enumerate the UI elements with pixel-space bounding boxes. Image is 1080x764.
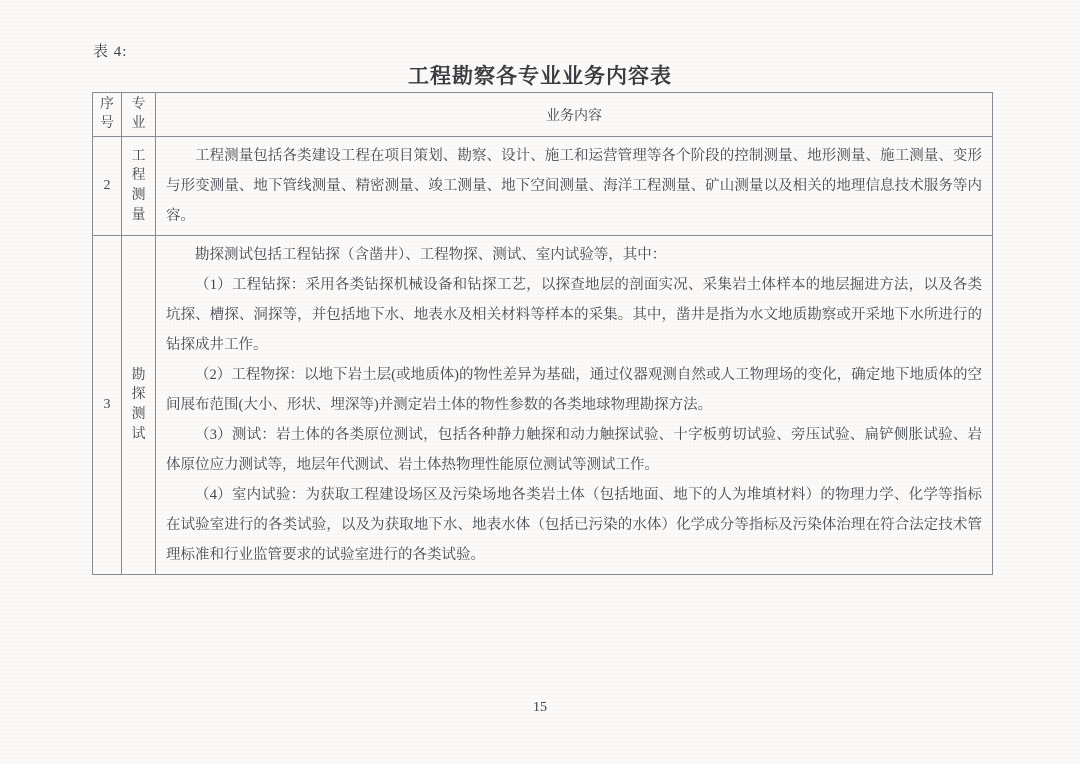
specialty-cell: 工程测量 xyxy=(122,137,156,236)
content-paragraph: 工程测量包括各类建设工程在项目策划、勘察、设计、施工和运营管理等各个阶段的控制测… xyxy=(166,141,982,231)
serial-number-cell: 3 xyxy=(93,236,122,575)
header-cell-content: 业务内容 xyxy=(156,93,993,137)
specialty-cell: 勘探测试 xyxy=(122,236,156,575)
content-paragraph: （2）工程物探：以地下岩土层(或地质体)的物性差异为基础，通过仪器观测自然或人工… xyxy=(166,360,982,420)
table-row-exploration-testing: 3 勘探测试 勘探测试包括工程钻探（含凿井）、工程物探、测试、室内试验等，其中：… xyxy=(93,236,993,575)
serial-number: 2 xyxy=(104,178,111,193)
content-paragraph: （3）测试：岩土体的各类原位测试，包括各种静力触探和动力触探试验、十字板剪切试验… xyxy=(166,420,982,480)
specialty-name: 勘探测试 xyxy=(131,366,146,444)
header-cell-serial: 序号 xyxy=(93,93,122,137)
header-specialty-label: 专业 xyxy=(131,96,146,134)
business-content-table: 序号 专业 业务内容 2 工程测量 工程测量包括各类建设工程在项目策划、 xyxy=(92,92,993,575)
header-cell-specialty: 专业 xyxy=(122,93,156,137)
content-paragraph: （4）室内试验：为获取工程建设场区及污染场地各类岩土体（包括地面、地下的人为堆填… xyxy=(166,480,982,570)
content-paragraph: （1）工程钻探：采用各类钻探机械设备和钻探工艺，以探查地层的剖面实况、采集岩土体… xyxy=(166,270,982,360)
table-header-row: 序号 专业 业务内容 xyxy=(93,93,993,137)
content-cell: 工程测量包括各类建设工程在项目策划、勘察、设计、施工和运营管理等各个阶段的控制测… xyxy=(156,137,993,236)
table-row-engineering-survey: 2 工程测量 工程测量包括各类建设工程在项目策划、勘察、设计、施工和运营管理等各… xyxy=(93,137,993,236)
table-number-label: 表 4: xyxy=(93,40,127,61)
page-title: 工程勘察各专业业务内容表 xyxy=(0,60,1080,90)
document-page: 表 4: 工程勘察各专业业务内容表 序号 专业 业务内容 2 xyxy=(0,0,1080,764)
specialty-name: 工程测量 xyxy=(131,147,146,225)
serial-number: 3 xyxy=(104,397,111,412)
content-cell: 勘探测试包括工程钻探（含凿井）、工程物探、测试、室内试验等，其中： （1）工程钻… xyxy=(156,236,993,575)
header-serial-label: 序号 xyxy=(99,96,114,134)
page-number: 15 xyxy=(0,700,1080,716)
content-paragraph: 勘探测试包括工程钻探（含凿井）、工程物探、测试、室内试验等，其中： xyxy=(166,240,982,270)
serial-number-cell: 2 xyxy=(93,137,122,236)
header-content-label: 业务内容 xyxy=(546,109,602,124)
